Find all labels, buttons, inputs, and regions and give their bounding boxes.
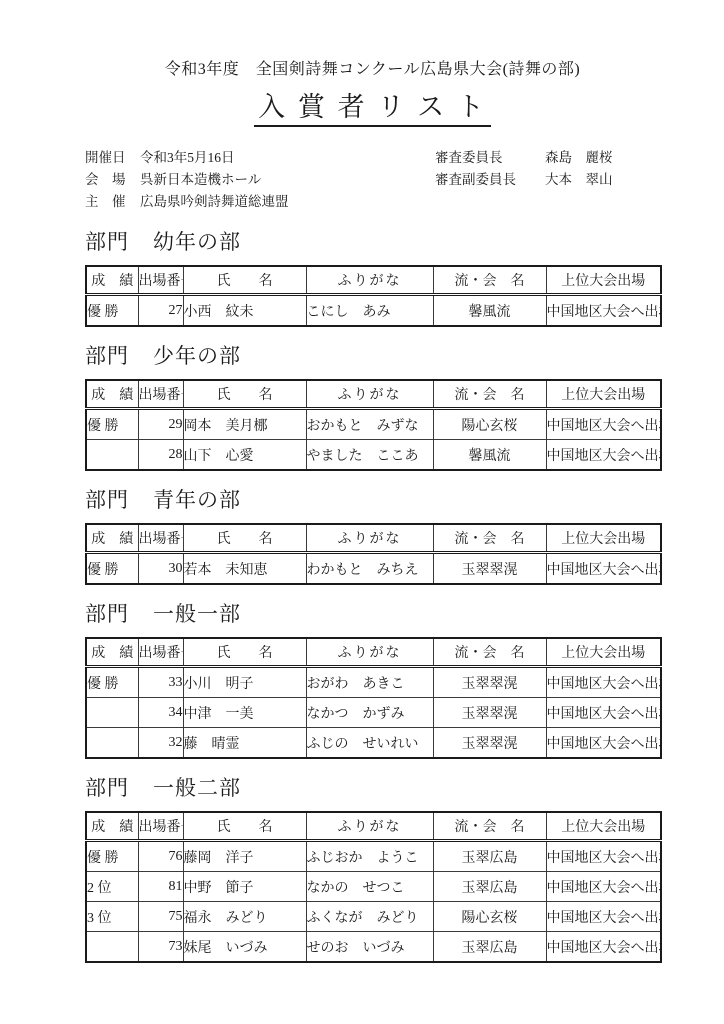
- page-title: 入 賞 者 リ ス ト: [254, 85, 491, 127]
- info-row-chief-judge: 審査委員長森島 麗桜: [435, 147, 613, 169]
- name-header: 氏 名: [183, 638, 306, 667]
- table-row: 優 勝 30 若本 未知恵 わかもと みちえ 玉翠翠滉 中国地区大会へ出場: [86, 553, 661, 585]
- entry-number-header: 出場番号: [138, 266, 183, 295]
- school-header: 流・会 名: [433, 812, 546, 841]
- furigana-cell: おかもと みずな: [306, 409, 433, 440]
- name-cell: 山下 心愛: [183, 440, 306, 471]
- entry-number-header: 出場番号: [138, 812, 183, 841]
- section-heading-shonen: 部門少年の部: [85, 340, 660, 370]
- advance-cell: 中国地区大会へ出場: [546, 440, 661, 471]
- name-cell: 岡本 美月梛: [183, 409, 306, 440]
- section-name: 青年の部: [153, 488, 241, 512]
- school-cell: 玉翠広島: [433, 841, 546, 872]
- name-cell: 小川 明子: [183, 667, 306, 698]
- furigana-header: ふりがな: [306, 266, 433, 295]
- rank-header: 成 績: [86, 638, 138, 667]
- section-heading-seinen: 部門青年の部: [85, 484, 660, 514]
- section-label: 部門: [85, 488, 129, 512]
- rank-cell: 優 勝: [86, 295, 138, 327]
- organizer-value: 広島県吟剣詩舞道総連盟: [140, 194, 289, 209]
- results-table-shonen: 成 績 出場番号 氏 名 ふりがな 流・会 名 上位大会出場 優 勝 29 岡本…: [85, 379, 662, 471]
- furigana-header: ふりがな: [306, 812, 433, 841]
- info-row-deputy-judge: 審査副委員長大本 翠山: [435, 169, 613, 191]
- advance-cell: 中国地区大会へ出場: [546, 553, 661, 585]
- section-label: 部門: [85, 344, 129, 368]
- rank-cell: [86, 932, 138, 963]
- school-cell: 玉翠翠滉: [433, 553, 546, 585]
- rank-cell: 2 位: [86, 872, 138, 902]
- header-row: 成 績 出場番号 氏 名 ふりがな 流・会 名 上位大会出場: [86, 812, 661, 841]
- advance-cell: 中国地区大会へ出場: [546, 409, 661, 440]
- name-header: 氏 名: [183, 380, 306, 409]
- info-row-organizer: 主 催広島県吟剣詩舞道総連盟: [85, 191, 660, 213]
- table-row: 3 位 75 福永 みどり ふくなが みどり 陽心玄桜 中国地区大会へ出場: [86, 902, 661, 932]
- section-heading-ippan2: 部門一般二部: [85, 772, 660, 802]
- furigana-cell: なかつ かずみ: [306, 698, 433, 728]
- name-cell: 中野 節子: [183, 872, 306, 902]
- advance-cell: 中国地区大会へ出場: [546, 872, 661, 902]
- entry-number-cell: 27: [138, 295, 183, 327]
- entry-number-header: 出場番号: [138, 524, 183, 553]
- rank-cell: 優 勝: [86, 409, 138, 440]
- section-name: 一般一部: [153, 602, 241, 626]
- name-cell: 妹尾 いづみ: [183, 932, 306, 963]
- advance-cell: 中国地区大会へ出場: [546, 728, 661, 759]
- rank-cell: [86, 440, 138, 471]
- header-row: 成 績 出場番号 氏 名 ふりがな 流・会 名 上位大会出場: [86, 380, 661, 409]
- entry-number-cell: 33: [138, 667, 183, 698]
- section-label: 部門: [85, 602, 129, 626]
- furigana-cell: おがわ あきこ: [306, 667, 433, 698]
- results-table-ippan2: 成 績 出場番号 氏 名 ふりがな 流・会 名 上位大会出場 優 勝 76 藤岡…: [85, 811, 662, 963]
- entry-number-cell: 30: [138, 553, 183, 585]
- name-cell: 若本 未知恵: [183, 553, 306, 585]
- entry-number-cell: 29: [138, 409, 183, 440]
- furigana-cell: せのお いづみ: [306, 932, 433, 963]
- section-name: 少年の部: [153, 344, 241, 368]
- venue-value: 呉新日本造機ホール: [140, 172, 261, 187]
- school-cell: 陽心玄桜: [433, 902, 546, 932]
- organizer-label: 主 催: [85, 191, 140, 213]
- header-row: 成 績 出場番号 氏 名 ふりがな 流・会 名 上位大会出場: [86, 524, 661, 553]
- school-header: 流・会 名: [433, 380, 546, 409]
- advance-header: 上位大会出場: [546, 380, 661, 409]
- page-title-wrap: 入 賞 者 リ ス ト: [85, 85, 660, 127]
- advance-cell: 中国地区大会へ出場: [546, 902, 661, 932]
- chief-judge-value: 森島 麗桜: [545, 150, 613, 165]
- event-info-block: 開催日令和3年5月16日 会 場呉新日本造機ホール 主 催広島県吟剣詩舞道総連盟…: [85, 147, 660, 213]
- header-row: 成 績 出場番号 氏 名 ふりがな 流・会 名 上位大会出場: [86, 638, 661, 667]
- entry-number-cell: 76: [138, 841, 183, 872]
- rank-cell: 優 勝: [86, 841, 138, 872]
- furigana-header: ふりがな: [306, 380, 433, 409]
- school-cell: 玉翠翠滉: [433, 667, 546, 698]
- header-row: 成 績 出場番号 氏 名 ふりがな 流・会 名 上位大会出場: [86, 266, 661, 295]
- advance-cell: 中国地区大会へ出場: [546, 667, 661, 698]
- furigana-header: ふりがな: [306, 524, 433, 553]
- advance-cell: 中国地区大会へ出場: [546, 841, 661, 872]
- section-name: 幼年の部: [153, 230, 241, 254]
- entry-number-cell: 28: [138, 440, 183, 471]
- rank-cell: 優 勝: [86, 667, 138, 698]
- name-header: 氏 名: [183, 524, 306, 553]
- advance-header: 上位大会出場: [546, 266, 661, 295]
- school-cell: 玉翠翠滉: [433, 728, 546, 759]
- rank-cell: [86, 728, 138, 759]
- table-row: 優 勝 27 小西 紋未 こにし あみ 馨風流 中国地区大会へ出場: [86, 295, 661, 327]
- deputy-judge-value: 大本 翠山: [545, 172, 613, 187]
- deputy-judge-label: 審査副委員長: [435, 169, 545, 191]
- entry-number-cell: 34: [138, 698, 183, 728]
- results-table-younen: 成 績 出場番号 氏 名 ふりがな 流・会 名 上位大会出場 優 勝 27 小西…: [85, 265, 662, 327]
- entry-number-header: 出場番号: [138, 638, 183, 667]
- name-header: 氏 名: [183, 812, 306, 841]
- name-cell: 藤 晴霊: [183, 728, 306, 759]
- rank-header: 成 績: [86, 266, 138, 295]
- entry-number-header: 出場番号: [138, 380, 183, 409]
- school-header: 流・会 名: [433, 524, 546, 553]
- name-cell: 福永 みどり: [183, 902, 306, 932]
- results-table-seinen: 成 績 出場番号 氏 名 ふりがな 流・会 名 上位大会出場 優 勝 30 若本…: [85, 523, 662, 585]
- section-name: 一般二部: [153, 776, 241, 800]
- furigana-cell: ふじの せいれい: [306, 728, 433, 759]
- entry-number-cell: 75: [138, 902, 183, 932]
- school-cell: 玉翠広島: [433, 872, 546, 902]
- section-heading-ippan1: 部門一般一部: [85, 598, 660, 628]
- furigana-cell: ふじおか ようこ: [306, 841, 433, 872]
- advance-header: 上位大会出場: [546, 524, 661, 553]
- school-cell: 馨風流: [433, 440, 546, 471]
- name-cell: 小西 紋未: [183, 295, 306, 327]
- rank-cell: 3 位: [86, 902, 138, 932]
- furigana-cell: ふくなが みどり: [306, 902, 433, 932]
- school-cell: 玉翠翠滉: [433, 698, 546, 728]
- school-cell: 玉翠広島: [433, 932, 546, 963]
- school-cell: 陽心玄桜: [433, 409, 546, 440]
- furigana-cell: わかもと みちえ: [306, 553, 433, 585]
- entry-number-cell: 81: [138, 872, 183, 902]
- date-value: 令和3年5月16日: [140, 150, 235, 165]
- rank-cell: 優 勝: [86, 553, 138, 585]
- advance-cell: 中国地区大会へ出場: [546, 698, 661, 728]
- rank-cell: [86, 698, 138, 728]
- date-label: 開催日: [85, 147, 140, 169]
- school-cell: 馨風流: [433, 295, 546, 327]
- advance-header: 上位大会出場: [546, 812, 661, 841]
- advance-header: 上位大会出場: [546, 638, 661, 667]
- judges-block: 審査委員長森島 麗桜 審査副委員長大本 翠山: [435, 147, 613, 191]
- advance-cell: 中国地区大会へ出場: [546, 932, 661, 963]
- furigana-cell: やました ここあ: [306, 440, 433, 471]
- furigana-header: ふりがな: [306, 638, 433, 667]
- table-row: 28 山下 心愛 やました ここあ 馨風流 中国地区大会へ出場: [86, 440, 661, 471]
- table-row: 34 中津 一美 なかつ かずみ 玉翠翠滉 中国地区大会へ出場: [86, 698, 661, 728]
- rank-header: 成 績: [86, 524, 138, 553]
- entry-number-cell: 32: [138, 728, 183, 759]
- section-label: 部門: [85, 776, 129, 800]
- school-header: 流・会 名: [433, 266, 546, 295]
- name-cell: 中津 一美: [183, 698, 306, 728]
- rank-header: 成 績: [86, 380, 138, 409]
- school-header: 流・会 名: [433, 638, 546, 667]
- furigana-cell: なかの せつこ: [306, 872, 433, 902]
- event-subtitle: 令和3年度 全国剣詩舞コンクール広島県大会(詩舞の部): [85, 56, 660, 79]
- furigana-cell: こにし あみ: [306, 295, 433, 327]
- advance-cell: 中国地区大会へ出場: [546, 295, 661, 327]
- venue-label: 会 場: [85, 169, 140, 191]
- section-heading-younen: 部門幼年の部: [85, 226, 660, 256]
- table-row: 73 妹尾 いづみ せのお いづみ 玉翠広島 中国地区大会へ出場: [86, 932, 661, 963]
- table-row: 2 位 81 中野 節子 なかの せつこ 玉翠広島 中国地区大会へ出場: [86, 872, 661, 902]
- table-row: 優 勝 33 小川 明子 おがわ あきこ 玉翠翠滉 中国地区大会へ出場: [86, 667, 661, 698]
- name-header: 氏 名: [183, 266, 306, 295]
- results-table-ippan1: 成 績 出場番号 氏 名 ふりがな 流・会 名 上位大会出場 優 勝 33 小川…: [85, 637, 662, 759]
- table-row: 32 藤 晴霊 ふじの せいれい 玉翠翠滉 中国地区大会へ出場: [86, 728, 661, 759]
- rank-header: 成 績: [86, 812, 138, 841]
- name-cell: 藤岡 洋子: [183, 841, 306, 872]
- table-row: 優 勝 76 藤岡 洋子 ふじおか ようこ 玉翠広島 中国地区大会へ出場: [86, 841, 661, 872]
- table-row: 優 勝 29 岡本 美月梛 おかもと みずな 陽心玄桜 中国地区大会へ出場: [86, 409, 661, 440]
- chief-judge-label: 審査委員長: [435, 147, 545, 169]
- entry-number-cell: 73: [138, 932, 183, 963]
- section-label: 部門: [85, 230, 129, 254]
- document-page: 令和3年度 全国剣詩舞コンクール広島県大会(詩舞の部) 入 賞 者 リ ス ト …: [0, 0, 724, 1024]
